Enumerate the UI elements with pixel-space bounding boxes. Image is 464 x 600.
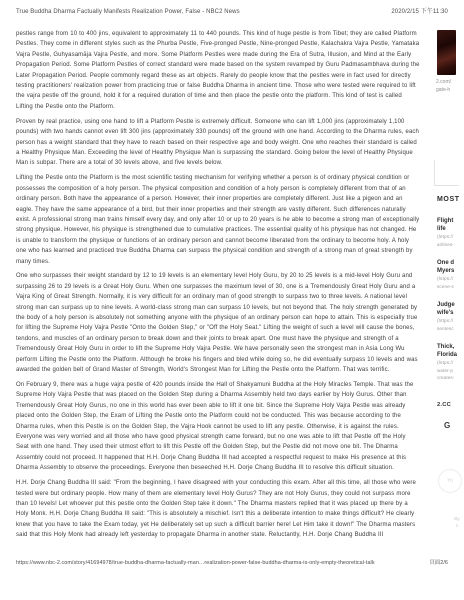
source-url: https://www.nbc-2.com/story/41694978/tru… xyxy=(16,559,375,567)
faint-watermark-text: Yo xyxy=(447,478,453,484)
article-paragraph: One who surpasses their weight standard … xyxy=(16,271,420,375)
sidebar-2cc-label[interactable]: 2.CC xyxy=(437,402,451,408)
sidebar-story-title[interactable]: Thick, Florida xyxy=(437,344,464,359)
sidebar-story-title[interactable]: Flight life xyxy=(437,218,464,233)
g-logo-icon[interactable]: G xyxy=(444,421,450,430)
sidebar-story-url: (https:// scene-s xyxy=(437,275,464,290)
sidebar-story-url: (https:// water-p creates- xyxy=(437,359,464,381)
article-paragraph: H.H. Dorje Chang Buddha III said: "From … xyxy=(16,478,420,540)
byline-fragment: By 1 xyxy=(451,516,463,530)
most-popular-list: Flight life (https:// airlines- One d My… xyxy=(437,218,464,393)
printed-article-page: True Buddha Dharma Factually Manifests R… xyxy=(0,0,464,600)
page-number: 頁面2/6 xyxy=(429,559,448,567)
sidebar-story-link[interactable]: One d Myers (https:// scene-s xyxy=(437,260,464,290)
article-paragraph: Lifting the Pestle onto the Platform is … xyxy=(16,173,420,267)
print-footer: https://www.nbc-2.com/story/41694978/tru… xyxy=(16,559,448,567)
sidebar-story-link[interactable]: Judge wife's (https:// sentenc xyxy=(437,302,464,332)
sidebar-story-link[interactable]: Flight life (https:// airlines- xyxy=(437,218,464,248)
widget-box-border xyxy=(434,160,459,186)
print-header: True Buddha Dharma Factually Manifests R… xyxy=(16,8,448,16)
sidebar-story-title[interactable]: Judge wife's xyxy=(437,302,464,317)
story-thumbnail-image[interactable] xyxy=(437,30,456,75)
sidebar-story-url: (https:// airlines- xyxy=(437,233,464,248)
article-body: pestles range from 10 to 400 jins, equiv… xyxy=(16,29,420,545)
article-paragraph: On February 9, there was a huge vajra pe… xyxy=(16,380,420,474)
sidebar-story-url: (https:// sentenc xyxy=(437,317,464,332)
sidebar-story-title[interactable]: One d Myers xyxy=(437,260,464,275)
right-sidebar: 2.com/ gate-h MOST Flight life (https://… xyxy=(425,0,464,600)
document-title: True Buddha Dharma Factually Manifests R… xyxy=(16,8,240,16)
faint-watermark-circle: Yo xyxy=(438,469,462,493)
thumbnail-caption-link[interactable]: 2.com/ gate-h xyxy=(436,79,464,94)
most-popular-heading: MOST xyxy=(437,196,460,203)
sidebar-story-link[interactable]: Thick, Florida (https:// water-p creates… xyxy=(437,344,464,381)
article-paragraph: pestles range from 10 to 400 jins, equiv… xyxy=(16,29,420,112)
article-paragraph: Proven by real practice, using one hand … xyxy=(16,117,420,169)
